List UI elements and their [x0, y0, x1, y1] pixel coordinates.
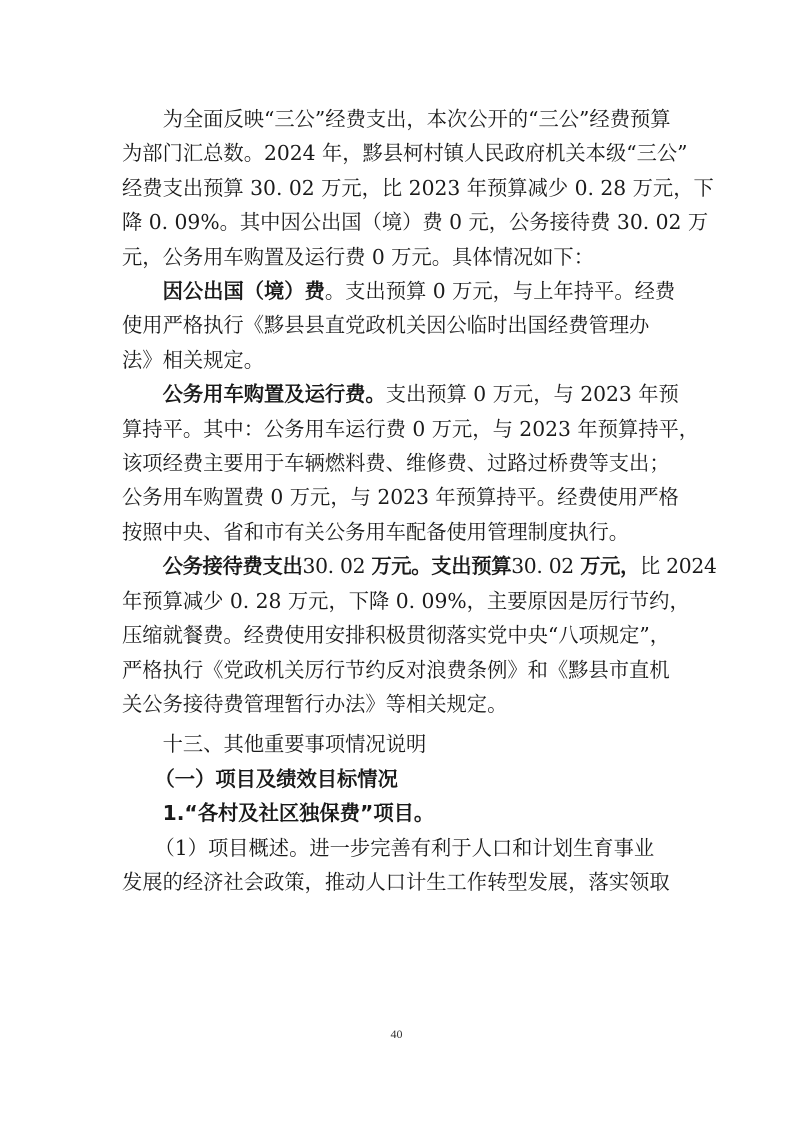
text-line: 法》相关规定。: [122, 343, 692, 377]
text-line: 关公务接待费管理暂行办法》等相关规定。: [122, 687, 692, 721]
text-line: 因公出国（境）费。支出预算 0 万元，与上年持平。经费: [122, 274, 692, 308]
bold-lead: 万元，: [580, 554, 640, 578]
paragraph-reception: 公务接待费支出30. 02 万元。支出预算30. 02 万元，比 2024 年预…: [122, 549, 692, 721]
paragraph-intro: 为全面反映“三公”经费支出，本次公开的“三公”经费预算 为部门汇总数。2024 …: [122, 102, 692, 274]
text-line: 发展的经济社会政策，推动人口计生工作转型发展，落实领取: [122, 865, 692, 899]
paragraph-vehicle: 公务用车购置及运行费。支出预算 0 万元，与 2023 年预 算持平。其中：公务…: [122, 377, 692, 549]
text-span: 。支出预算 0 万元，与上年持平。经费: [325, 279, 675, 303]
text-line: 算持平。其中：公务用车运行费 0 万元，与 2023 年预算持平，: [122, 412, 692, 446]
text-line: 经费支出预算 30. 02 万元，比 2023 年预算减少 0. 28 万元，下: [122, 171, 692, 205]
text-span: 比 2024: [640, 554, 717, 578]
page-number: 40: [0, 1027, 793, 1042]
document-page: 为全面反映“三公”经费支出，本次公开的“三公”经费预算 为部门汇总数。2024 …: [122, 102, 692, 899]
bold-lead: 公务用车购置及运行费。: [163, 382, 386, 406]
text-line: 该项经费主要用于车辆燃料费、维修费、过路过桥费等支出；: [122, 446, 692, 480]
text-line: 按照中央、省和市有关公务用车配备使用管理制度执行。: [122, 515, 692, 549]
text-line: 为全面反映“三公”经费支出，本次公开的“三公”经费预算: [122, 102, 692, 136]
text-line: 公务用车购置费 0 万元，与 2023 年预算持平。经费使用严格: [122, 480, 692, 514]
text-line: 压缩就餐费。经费使用安排积极贯彻落实党中央“八项规定”，: [122, 618, 692, 652]
text-line: 年预算减少 0. 28 万元，下降 0. 09%，主要原因是厉行节约，: [122, 584, 692, 618]
section-heading: 十三、其他重要事项情况说明: [122, 727, 692, 761]
text-line: 严格执行《党政机关厉行节约反对浪费条例》和《黟县市直机: [122, 653, 692, 687]
bold-lead: 因公出国（境）费: [163, 279, 325, 303]
text-line: 元，公务用车购置及运行费 0 万元。具体情况如下：: [122, 240, 692, 274]
paragraph-overseas: 因公出国（境）费。支出预算 0 万元，与上年持平。经费 使用严格执行《黟县县直党…: [122, 274, 692, 377]
bold-lead: 万元。支出预算: [371, 554, 511, 578]
text-line: 公务接待费支出30. 02 万元。支出预算30. 02 万元，比 2024: [122, 549, 692, 583]
amount: 30. 02: [511, 554, 580, 578]
text-line: （1）项目概述。进一步完善有利于人口和计划生育事业: [114, 831, 692, 865]
text-line: 公务用车购置及运行费。支出预算 0 万元，与 2023 年预: [122, 377, 692, 411]
item-heading: 1.“各村及社区独保费”项目。: [122, 796, 692, 830]
amount: 30. 02: [302, 554, 371, 578]
subsection-heading: （一）项目及绩效目标情况: [122, 762, 692, 796]
text-span: 支出预算 0 万元，与 2023 年预: [386, 382, 679, 406]
bold-lead: 公务接待费支出: [163, 554, 303, 578]
text-line: 降 0. 09%。其中因公出国（境）费 0 元，公务接待费 30. 02 万: [122, 205, 692, 239]
paragraph-project-overview: （1）项目概述。进一步完善有利于人口和计划生育事业 发展的经济社会政策，推动人口…: [122, 831, 692, 900]
text-line: 使用严格执行《黟县县直党政机关因公临时出国经费管理办: [122, 308, 692, 342]
text-line: 为部门汇总数。2024 年，黟县柯村镇人民政府机关本级“三公”: [122, 136, 692, 170]
